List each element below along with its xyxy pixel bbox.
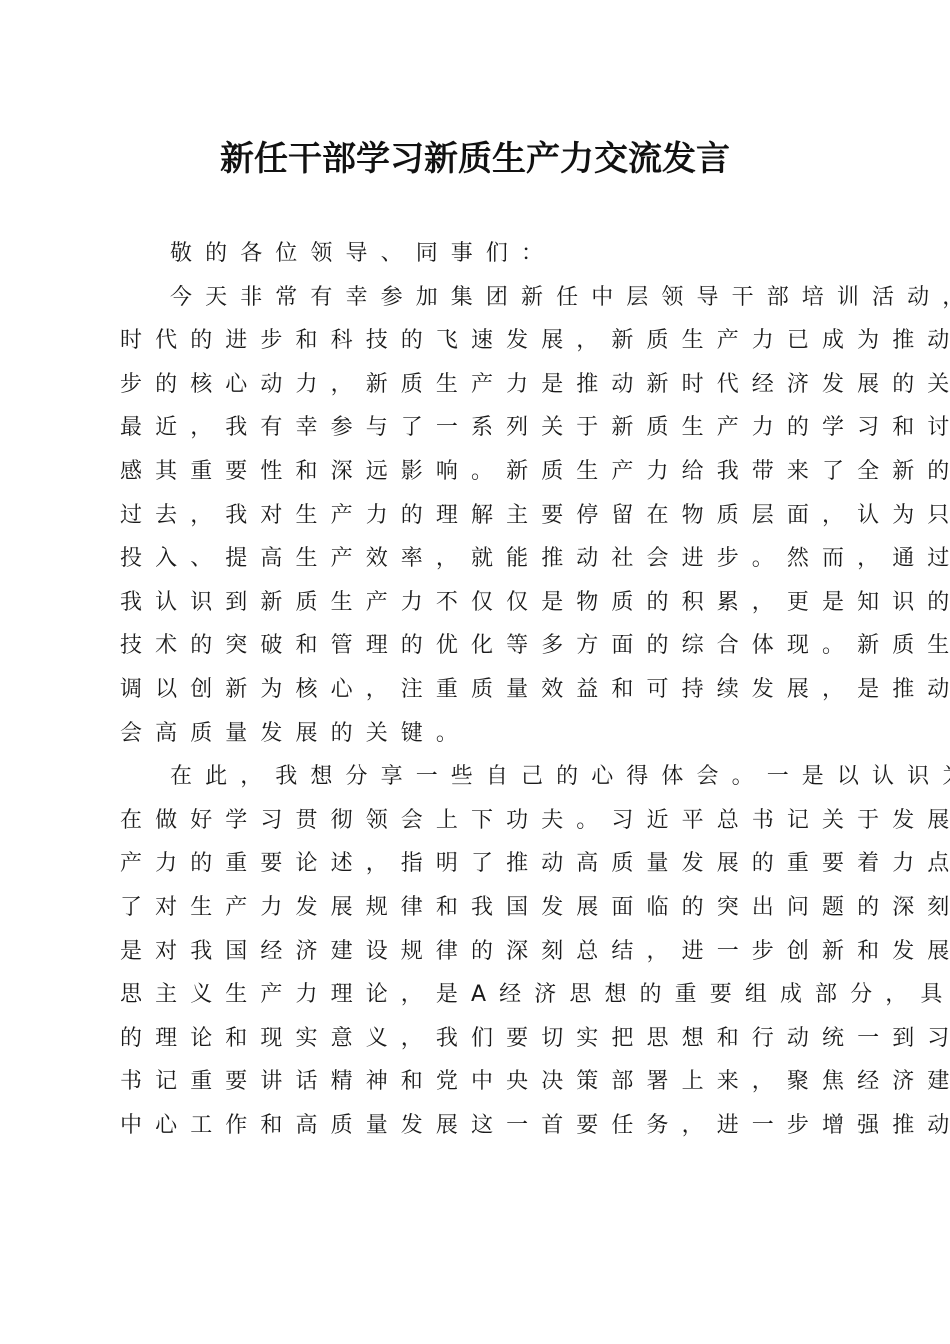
- text-line: 思主义生产力理论，是A经济思想的重要组成部分，具有重要: [120, 973, 830, 1017]
- text-line: 书记重要讲话精神和党中央决策部署上来，聚焦经济建设这一: [120, 1060, 830, 1104]
- text-line: 调以创新为核心，注重质量效益和可持续发展，是推动经济社: [120, 668, 830, 712]
- text-line: 投入、提高生产效率，就能推动社会进步。然而，通过学习，: [120, 537, 830, 581]
- text-line: 步的核心动力，新质生产力是推动新时代经济发展的关键之举。: [120, 363, 830, 407]
- text-line: 最近，我有幸参与了一系列关于新质生产力的学习和讨论，深: [120, 406, 830, 450]
- text-line: 是对我国经济建设规律的深刻总结，进一步创新和发展了马克: [120, 930, 830, 974]
- text-line: 敬的各位领导、同事们：: [120, 232, 830, 276]
- text-line: 中心工作和高质量发展这一首要任务，进一步增强推动新质生: [120, 1104, 830, 1148]
- document-page: 新任干部学习新质生产力交流发言 敬的各位领导、同事们：今天非常有幸参加集团新任中…: [0, 0, 950, 1344]
- text-line: 我认识到新质生产力不仅仅是物质的积累，更是知识的创新、: [120, 581, 830, 625]
- text-line: 了对生产力发展规律和我国发展面临的突出问题的深刻把握，: [120, 886, 830, 930]
- document-body: 敬的各位领导、同事们：今天非常有幸参加集团新任中层领导干部培训活动，随着时代的进…: [120, 232, 830, 1147]
- text-line: 的理论和现实意义，我们要切实把思想和行动统一到习近平总: [120, 1017, 830, 1061]
- document-title: 新任干部学习新质生产力交流发言: [0, 136, 950, 182]
- text-line: 时代的进步和科技的飞速发展，新质生产力已成为推动社会进: [120, 319, 830, 363]
- text-line: 技术的突破和管理的优化等多方面的综合体现。新质生产力强: [120, 624, 830, 668]
- text-line: 会高质量发展的关键。: [120, 712, 830, 756]
- text-line: 感其重要性和深远影响。新质生产力给我带来了全新的认知。: [120, 450, 830, 494]
- text-line: 今天非常有幸参加集团新任中层领导干部培训活动，随着: [120, 276, 830, 320]
- text-line: 在做好学习贯彻领会上下功夫。习近平总书记关于发展新质生: [120, 799, 830, 843]
- text-line: 过去，我对生产力的理解主要停留在物质层面，认为只要增加: [120, 494, 830, 538]
- text-line: 产力的重要论述，指明了推动高质量发展的重要着力点，体现: [120, 842, 830, 886]
- text-line: 在此，我想分享一些自己的心得体会。一是以认识为先，: [120, 755, 830, 799]
